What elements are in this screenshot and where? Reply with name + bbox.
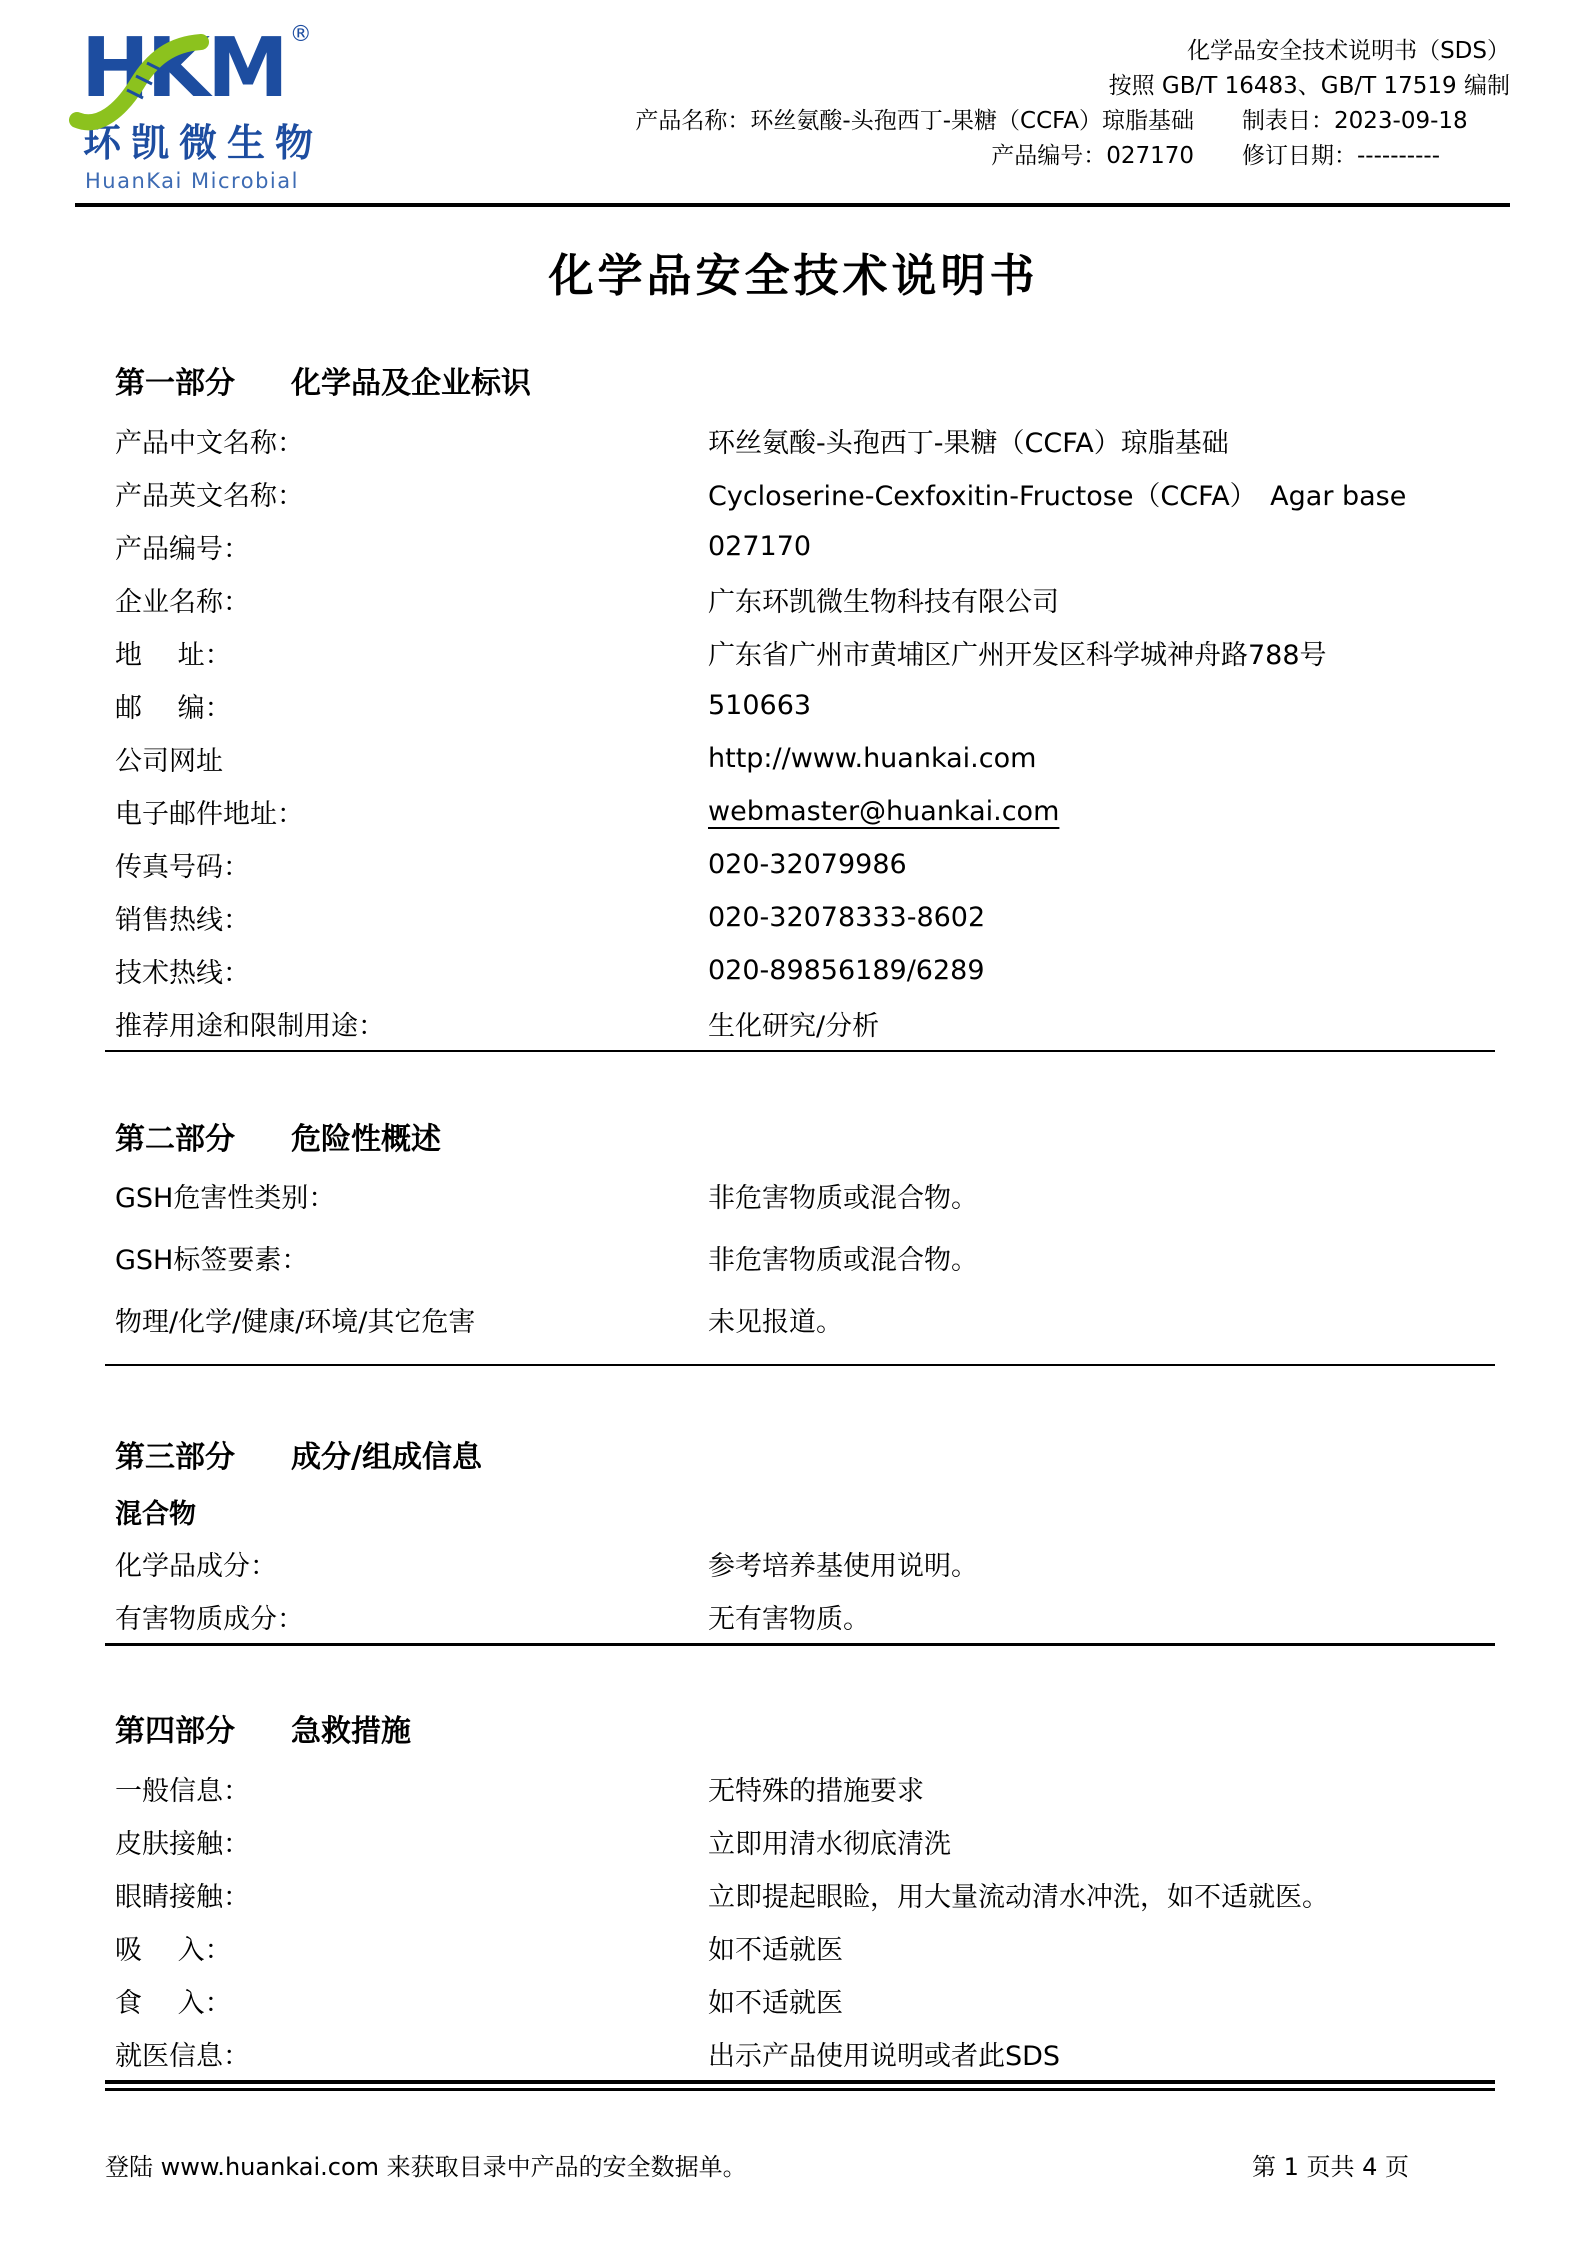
product-no-pair: 产品编号：027170 xyxy=(991,139,1194,174)
row-product-cn-name: 产品中文名称：环丝氨酸-头孢西丁-果糖（CCFA）琼脂基础 xyxy=(105,414,1495,467)
field-value: 立即用清水彻底清洗 xyxy=(708,1822,951,1861)
product-no-line: 产品编号：027170 修订日期：---------- xyxy=(635,139,1510,174)
field-value: 非危害物质或混合物。 xyxy=(708,1176,978,1215)
field-label: 就医信息： xyxy=(115,2034,250,2073)
field-label: GSH标签要素： xyxy=(115,1238,308,1277)
field-label: 技术热线： xyxy=(115,951,250,990)
field-label: 推荐用途和限制用途： xyxy=(115,1004,385,1043)
field-label: 眼睛接触： xyxy=(115,1875,250,1914)
field-label: 物理/化学/健康/环境/其它危害 xyxy=(115,1300,475,1339)
product-name-value: 环丝氨酸-头孢西丁-果糖（CCFA）琼脂基础 xyxy=(750,108,1194,134)
section4-divider xyxy=(105,2080,1495,2084)
field-value: 无特殊的措施要求 xyxy=(708,1769,924,1808)
row-gsh-hazard-class: GSH危害性类别：非危害物质或混合物。 xyxy=(105,1164,1495,1226)
field-value: 未见报道。 xyxy=(708,1300,843,1339)
row-sales-hotline: 销售热线：020-32078333-8602 xyxy=(105,891,1495,944)
row-ingestion: 食 入：如不适就医 xyxy=(105,1974,1495,2027)
field-label: 企业名称： xyxy=(115,580,250,619)
row-other-hazards: 物理/化学/健康/环境/其它危害未见报道。 xyxy=(105,1288,1495,1350)
email-link[interactable]: webmaster@huankai.com xyxy=(708,796,1059,827)
section4-heading: 第四部分急救措施 xyxy=(105,1706,1495,1750)
doc-type-line: 化学品安全技术说明书（SDS） xyxy=(635,34,1510,69)
section2-divider xyxy=(105,1364,1495,1366)
product-name-line: 产品名称：环丝氨酸-头孢西丁-果糖（CCFA）琼脂基础 制表日：2023-09-… xyxy=(635,104,1510,139)
logo-hkm-text: HKM xyxy=(81,21,286,116)
field-value: 广东环凯微生物科技有限公司 xyxy=(708,580,1059,619)
row-skin-contact: 皮肤接触：立即用清水彻底清洗 xyxy=(105,1815,1495,1868)
company-logo: HKM® 环凯微生物 HuanKai Microbial xyxy=(75,28,385,193)
row-company-name: 企业名称：广东环凯微生物科技有限公司 xyxy=(105,573,1495,626)
field-label: 一般信息： xyxy=(115,1769,250,1808)
row-inhalation: 吸 入：如不适就医 xyxy=(105,1921,1495,1974)
section3-name: 成分/组成信息 xyxy=(291,1440,482,1475)
logo-chinese-name: 环凯微生物 xyxy=(75,112,385,167)
website-url: http://www.huankai.com xyxy=(708,743,1036,774)
logo-brand-text: HKM® xyxy=(75,28,385,110)
row-hazardous-components: 有害物质成分：无有害物质。 xyxy=(105,1590,1495,1643)
standard-line: 按照 GB/T 16483、GB/T 17519 编制 xyxy=(635,69,1510,104)
field-value: 参考培养基使用说明。 xyxy=(708,1544,978,1583)
header-meta: 化学品安全技术说明书（SDS） 按照 GB/T 16483、GB/T 17519… xyxy=(635,28,1510,193)
field-value: 出示产品使用说明或者此SDS xyxy=(708,2034,1060,2073)
row-email: 电子邮件地址：webmaster@huankai.com xyxy=(105,785,1495,838)
field-label: 食 入： xyxy=(115,1981,232,2020)
field-value: 广东省广州市黄埔区广州开发区科学城神舟路788号 xyxy=(708,633,1327,672)
field-value: 020-89856189/6289 xyxy=(708,955,985,986)
product-no-label: 产品编号： xyxy=(991,143,1106,169)
field-value: 环丝氨酸-头孢西丁-果糖（CCFA）琼脂基础 xyxy=(708,421,1229,460)
field-value: 非危害物质或混合物。 xyxy=(708,1238,978,1277)
logo-english-name: HuanKai Microbial xyxy=(75,169,385,193)
page-footer: 登陆 www.huankai.com 来获取目录中产品的安全数据单。 第 1 页… xyxy=(105,2088,1495,2182)
field-label: 产品编号： xyxy=(115,527,250,566)
page-number: 第 1 页共 4 页 xyxy=(1252,2147,1495,2182)
section1-heading: 第一部分化学品及企业标识 xyxy=(105,358,1495,402)
field-value: 立即提起眼睑，用大量流动清水冲洗，如不适就医。 xyxy=(708,1875,1329,1914)
product-name-label: 产品名称： xyxy=(635,108,750,134)
footer-note: 登陆 www.huankai.com 来获取目录中产品的安全数据单。 xyxy=(105,2147,747,2182)
revised-date-pair: 修订日期：---------- xyxy=(1242,139,1510,174)
row-gsh-label-elements: GSH标签要素：非危害物质或混合物。 xyxy=(105,1226,1495,1288)
field-value: Cycloserine-Cexfoxitin-Fructose（CCFA） Ag… xyxy=(708,474,1406,513)
field-label: 传真号码： xyxy=(115,845,250,884)
field-value: 生化研究/分析 xyxy=(708,1004,879,1043)
field-value: 如不适就医 xyxy=(708,1928,843,1967)
revised-date-label: 修订日期： xyxy=(1242,143,1357,169)
field-label: 销售热线： xyxy=(115,898,250,937)
row-general-info: 一般信息：无特殊的措施要求 xyxy=(105,1762,1495,1815)
field-label: GSH危害性类别： xyxy=(115,1176,335,1215)
row-recommended-use: 推荐用途和限制用途：生化研究/分析 xyxy=(105,997,1495,1050)
field-value: 无有害物质。 xyxy=(708,1597,870,1636)
section3-rows: 化学品成分：参考培养基使用说明。 有害物质成分：无有害物质。 xyxy=(105,1537,1495,1643)
row-website: 公司网址http://www.huankai.com xyxy=(105,732,1495,785)
row-fax: 传真号码：020-32079986 xyxy=(105,838,1495,891)
created-date-value: 2023-09-18 xyxy=(1334,108,1468,134)
section1-number: 第一部分 xyxy=(115,366,235,401)
mixture-subheading: 混合物 xyxy=(105,1492,1495,1531)
section3-number: 第三部分 xyxy=(115,1440,235,1475)
row-address: 地 址：广东省广州市黄埔区广州开发区科学城神舟路788号 xyxy=(105,626,1495,679)
page-title: 化学品安全技术说明书 xyxy=(0,239,1587,304)
field-label: 产品中文名称： xyxy=(115,421,304,460)
field-value: 020-32078333-8602 xyxy=(708,902,985,933)
section2-rows: GSH危害性类别：非危害物质或混合物。 GSH标签要素：非危害物质或混合物。 物… xyxy=(105,1164,1495,1350)
section3-divider xyxy=(105,1643,1495,1646)
section3-heading: 第三部分成分/组成信息 xyxy=(105,1432,1495,1476)
document-body: 第一部分化学品及企业标识 产品中文名称：环丝氨酸-头孢西丁-果糖（CCFA）琼脂… xyxy=(105,358,1495,2084)
field-label: 公司网址 xyxy=(115,739,223,778)
field-label: 皮肤接触： xyxy=(115,1822,250,1861)
field-value: 027170 xyxy=(708,531,811,562)
field-label: 电子邮件地址： xyxy=(115,792,304,831)
field-label: 邮 编： xyxy=(115,686,232,725)
row-product-en-name: 产品英文名称：Cycloserine-Cexfoxitin-Fructose（C… xyxy=(105,467,1495,520)
field-label: 有害物质成分： xyxy=(115,1597,304,1636)
section2-heading: 第二部分危险性概述 xyxy=(105,1114,1495,1158)
field-label: 吸 入： xyxy=(115,1928,232,1967)
field-label: 产品英文名称： xyxy=(115,474,304,513)
page-header: HKM® 环凯微生物 HuanKai Microbial 化学品安全技术说明书（… xyxy=(75,28,1510,193)
section2-name: 危险性概述 xyxy=(291,1122,441,1157)
section4-number: 第四部分 xyxy=(115,1714,235,1749)
row-product-no: 产品编号：027170 xyxy=(105,520,1495,573)
sds-document-page: HKM® 环凯微生物 HuanKai Microbial 化学品安全技术说明书（… xyxy=(0,0,1587,2245)
section1-rows: 产品中文名称：环丝氨酸-头孢西丁-果糖（CCFA）琼脂基础 产品英文名称：Cyc… xyxy=(105,414,1495,1050)
section4-rows: 一般信息：无特殊的措施要求 皮肤接触：立即用清水彻底清洗 眼睛接触：立即提起眼睑… xyxy=(105,1762,1495,2080)
field-value: 如不适就医 xyxy=(708,1981,843,2020)
row-medical-info: 就医信息：出示产品使用说明或者此SDS xyxy=(105,2027,1495,2080)
revised-date-value: ---------- xyxy=(1357,143,1440,169)
field-label: 化学品成分： xyxy=(115,1544,277,1583)
section1-name: 化学品及企业标识 xyxy=(291,366,531,401)
section1-divider xyxy=(105,1050,1495,1052)
row-postcode: 邮 编：510663 xyxy=(105,679,1495,732)
product-no-value: 027170 xyxy=(1106,143,1194,169)
created-date-label: 制表日： xyxy=(1242,108,1334,134)
product-name-pair: 产品名称：环丝氨酸-头孢西丁-果糖（CCFA）琼脂基础 xyxy=(635,104,1194,139)
section4-name: 急救措施 xyxy=(291,1714,411,1749)
field-value: 510663 xyxy=(708,690,811,721)
field-value: 020-32079986 xyxy=(708,849,907,880)
header-divider xyxy=(75,203,1510,207)
field-label: 地 址： xyxy=(115,633,232,672)
section2-number: 第二部分 xyxy=(115,1122,235,1157)
row-tech-hotline: 技术热线：020-89856189/6289 xyxy=(105,944,1495,997)
row-eye-contact: 眼睛接触：立即提起眼睑，用大量流动清水冲洗，如不适就医。 xyxy=(105,1868,1495,1921)
registered-trademark-icon: ® xyxy=(290,24,312,46)
created-date-pair: 制表日：2023-09-18 xyxy=(1242,104,1510,139)
row-chemical-components: 化学品成分：参考培养基使用说明。 xyxy=(105,1537,1495,1590)
